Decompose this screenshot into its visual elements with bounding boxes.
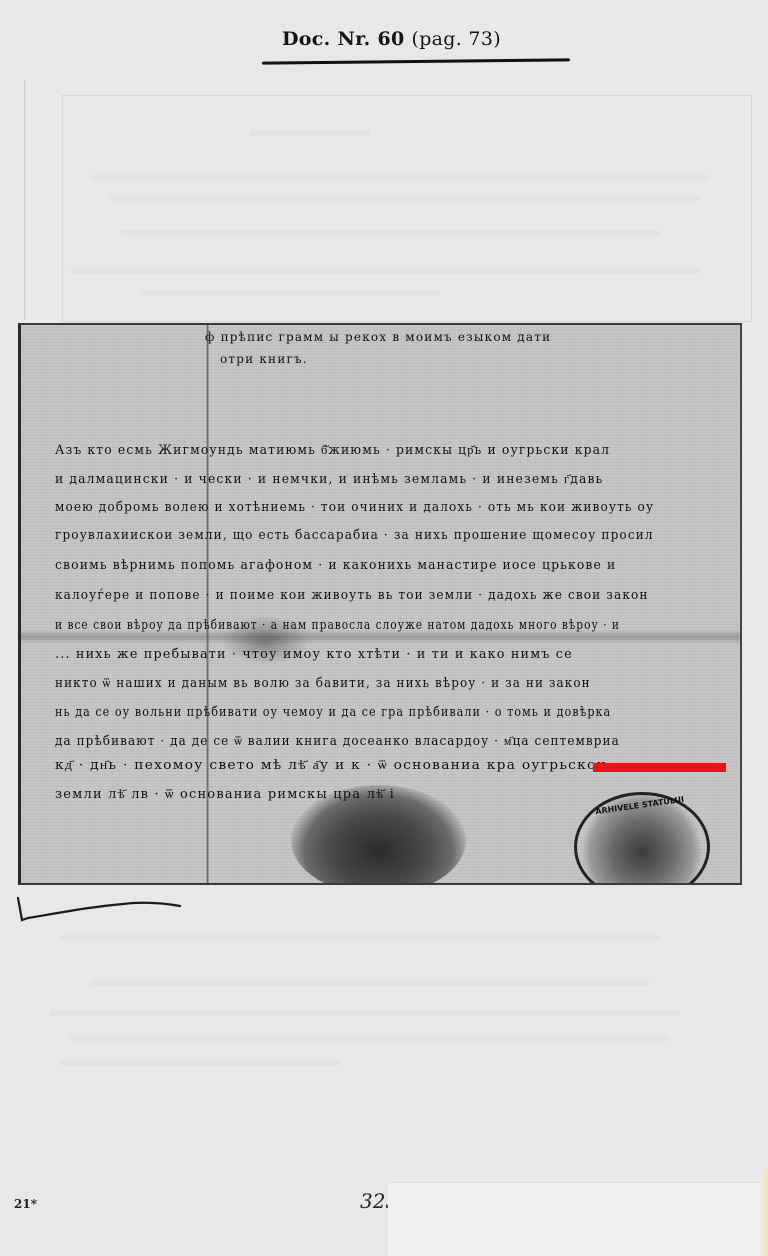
- bleed-through-line: [60, 935, 660, 941]
- bleed-through-line: [60, 1060, 340, 1066]
- manuscript-line: калоуѓере и попове · и поиме кои живоуть…: [55, 588, 649, 603]
- manuscript-line: кд҃ · дн҃ь · пехомоу свето мѣ лѣ҃ а҃у и …: [55, 757, 607, 773]
- bleed-through-line: [50, 1010, 680, 1016]
- archive-stamp-icon: ARHIVELE STATULUI: [574, 792, 710, 885]
- manuscript-line: моею добромь волею и хотѣниемь · тои очи…: [55, 500, 654, 515]
- paper-edge: [764, 1170, 768, 1256]
- page-edge-rule: [24, 80, 25, 320]
- manuscript-line: гроувлахиискои земли, що есть бассарабиа…: [55, 528, 654, 543]
- bleed-through-line: [90, 175, 710, 181]
- manuscript-line: земли лѣ҃ лв · ѿ основаниа римскы цра лѣ…: [55, 786, 395, 802]
- document-number: Doc. Nr. 60 (pag. 73): [282, 28, 501, 50]
- document-number-label: Doc. Nr. 60: [282, 28, 405, 50]
- bleed-through-line: [140, 290, 440, 296]
- manuscript-line: нь да се оу вольни прѣбивати оу чемоу и …: [55, 705, 611, 720]
- header-underline: [262, 58, 570, 64]
- manuscript-line: никто ѿ наших и даным вь волю за бавити,…: [55, 675, 591, 691]
- bleed-through-frame: [62, 95, 752, 322]
- overlapping-paper-sheet: [388, 1182, 760, 1256]
- bleed-through-line: [110, 195, 700, 201]
- bleed-through-line: [70, 1035, 670, 1041]
- page-reference: (pag. 73): [411, 28, 500, 50]
- manuscript-line: Азъ кто есмь Жигмоундь матиюмь б҃жиюмь ·…: [55, 442, 610, 458]
- manuscript-title-line: ф прѣпис грамм ы рекох в моимъ езыком да…: [205, 330, 551, 344]
- manuscript-line: ... нихь же пребывати · чтоу имоу кто хт…: [55, 647, 573, 662]
- signature-mark: 21*: [14, 1197, 37, 1211]
- manuscript-line: да прѣбивают · да де се ѿ валии книга до…: [55, 733, 620, 749]
- bleed-through-line: [70, 268, 700, 274]
- bleed-through-line: [250, 130, 370, 136]
- stamp-text: ARHIVELE STATULUI: [595, 795, 685, 816]
- document-header: Doc. Nr. 60 (pag. 73): [262, 24, 572, 68]
- manuscript-line: и все свои вѣроу да прѣбивают · а нам пр…: [55, 618, 620, 633]
- highlight-annotation: [593, 763, 726, 772]
- bleed-through-line: [90, 980, 650, 986]
- manuscript-line: своимь вѣрнимь попомь агафоном · и какон…: [55, 558, 616, 573]
- bleed-through-line: [120, 230, 660, 236]
- manuscript-line: и далмацински · и чески · и немчки, и ин…: [55, 471, 603, 487]
- manuscript-title-line: отри книгъ.: [220, 352, 308, 366]
- document-page: Doc. Nr. 60 (pag. 73) ARHIVELE STATULUI …: [0, 0, 768, 1256]
- bleed-through-area: [30, 895, 740, 1165]
